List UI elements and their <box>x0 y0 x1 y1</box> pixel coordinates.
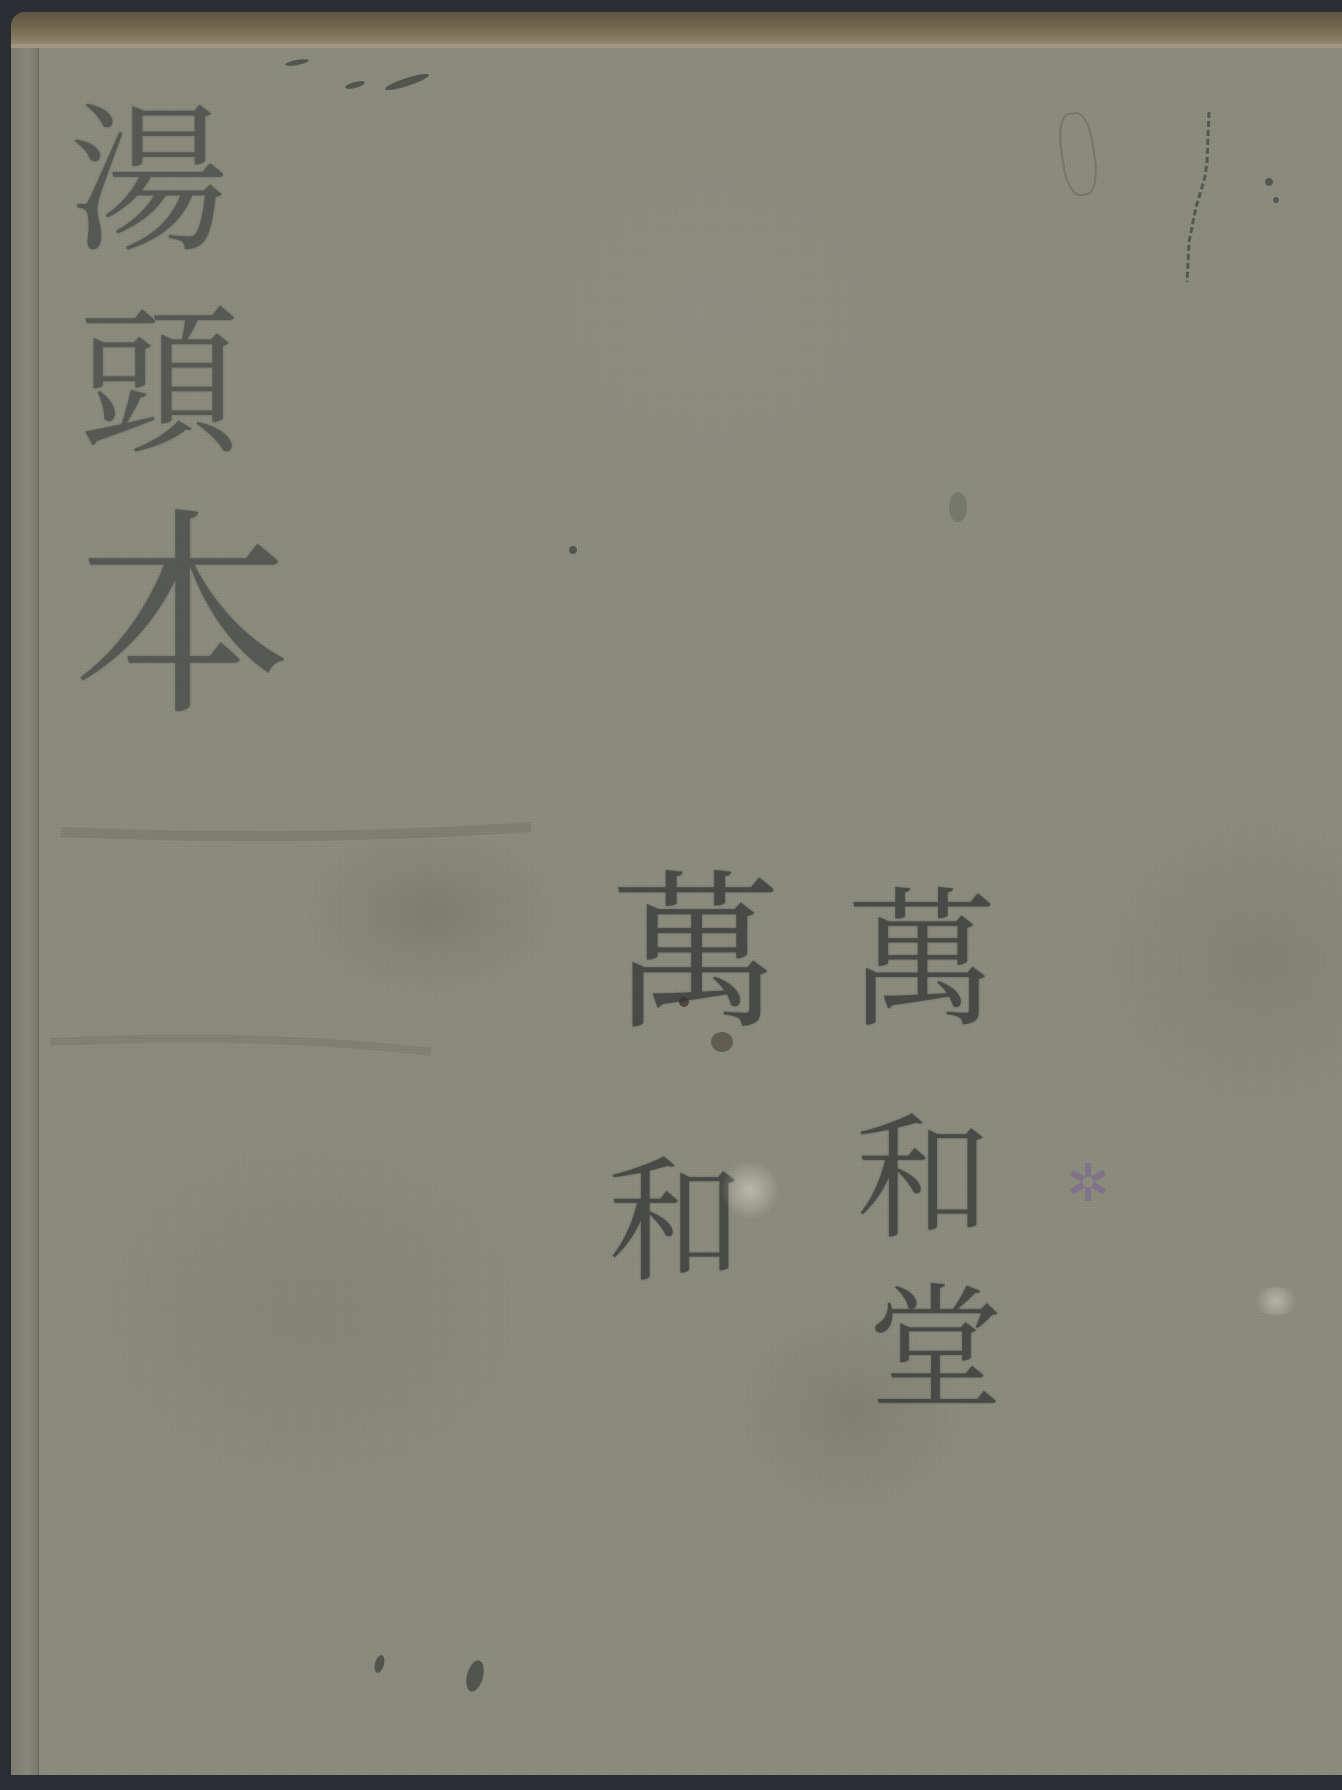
inscription-right-char-3: 堂 <box>868 1282 1003 1417</box>
inscription-right-char-2: 和 <box>856 1112 991 1247</box>
spine-strip <box>11 48 39 1775</box>
ink-spot <box>569 546 577 554</box>
page-block-top-edge <box>11 12 1342 48</box>
ink-spot <box>679 997 689 1007</box>
title-char-3: 本 <box>73 508 293 728</box>
inscription-left-char-1: 萬 <box>611 870 781 1040</box>
inscription-right-char-1: 萬 <box>847 887 997 1037</box>
ink-spot <box>373 1654 386 1674</box>
title-char-2: 頭 <box>79 304 239 464</box>
ink-spot <box>949 492 967 522</box>
purple-stamp-icon: ✲ <box>1053 1150 1123 1218</box>
white-stain <box>720 1160 780 1220</box>
ink-spot <box>711 1032 733 1052</box>
ink-dash <box>384 71 430 93</box>
ink-dash <box>345 80 366 91</box>
ink-dash <box>285 58 310 67</box>
thread-mark <box>1055 110 1100 198</box>
book-cover: 湯 頭 本 萬 和 萬 和 堂 ✲ <box>11 12 1342 1775</box>
ink-spot <box>463 1658 487 1693</box>
white-stain <box>1251 1287 1301 1315</box>
title-char-1: 湯 <box>69 102 229 262</box>
